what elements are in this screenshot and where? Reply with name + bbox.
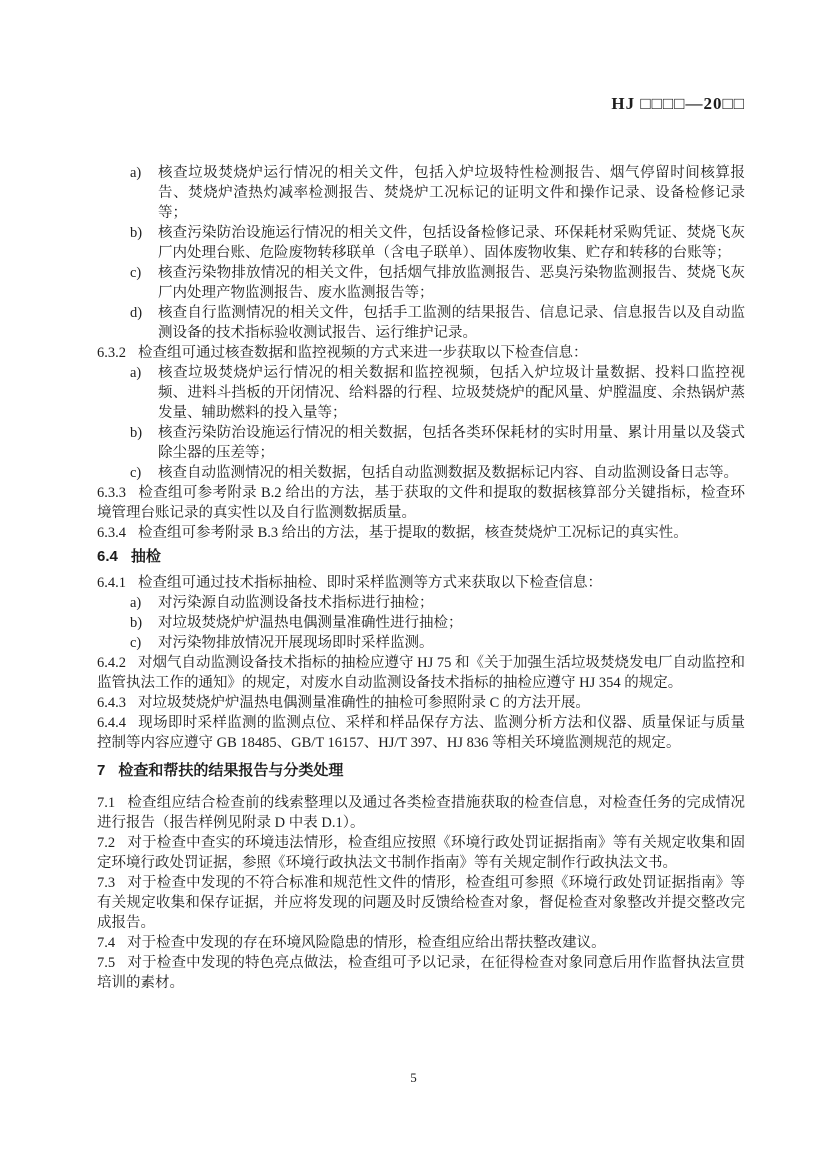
list-item: b)核查污染防治设施运行情况的相关文件，包括设备检修记录、环保耗材采购凭证、焚烧… (97, 223, 745, 263)
list-marker: a) (130, 163, 141, 183)
clause-number: 6.3.3 (97, 485, 126, 501)
clause-paragraph: 7.5对于检查中发现的特色亮点做法，检查组可予以记录，在征得检查对象同意后用作监… (97, 953, 745, 993)
section-heading: 7检查和帮扶的结果报告与分类处理 (97, 761, 745, 781)
section-heading: 6.4抽检 (97, 547, 745, 567)
clause-text: 对于检查中发现的存在环境风险隐患的情形，检查组应给出帮扶整改建议。 (127, 935, 606, 951)
clause-number: 7.2 (97, 835, 115, 851)
clause-text: 检查组可参考附录 B.2 给出的方法，基于获取的文件和提取的数据核算部分关键指标… (97, 485, 745, 521)
standard-number: HJ □□□□—20□□ (611, 94, 745, 113)
clause-text: 现场即时采样监测的监测点位、采样和样品保存方法、监测分析方法和仪器、质量保证与质… (97, 715, 745, 751)
list-item: a)核查垃圾焚烧炉运行情况的相关数据和监控视频，包括入炉垃圾计量数据、投料口监控… (97, 363, 745, 423)
list-text: 核查自行监测情况的相关文件，包括手工监测的结果报告、信息记录、信息报告以及自动监… (158, 305, 745, 341)
page-footer: 5 (0, 1070, 827, 1086)
clause-number: 6.4.1 (97, 575, 126, 591)
clause-number: 6.3.2 (97, 345, 126, 361)
clause-number: 6.4.3 (97, 695, 126, 711)
list-item: d)核查自行监测情况的相关文件，包括手工监测的结果报告、信息记录、信息报告以及自… (97, 303, 745, 343)
list-text: 核查自动监测情况的相关数据，包括自动监测数据及数据标记内容、自动监测设备日志等。 (158, 465, 738, 481)
list-marker: c) (130, 633, 141, 653)
clause-paragraph: 6.4.3对垃圾焚烧炉炉温热电偶测量准确性的抽检可参照附录 C 的方法开展。 (97, 693, 745, 713)
list-marker: c) (130, 263, 141, 283)
clause-number: 6.3.4 (97, 525, 126, 541)
clause-paragraph: 6.3.3检查组可参考附录 B.2 给出的方法，基于获取的文件和提取的数据核算部… (97, 483, 745, 523)
list-marker: b) (130, 613, 142, 633)
list-item: b)核查污染防治设施运行情况的相关数据，包括各类环保耗材的实时用量、累计用量以及… (97, 423, 745, 463)
clause-text: 检查组可参考附录 B.3 给出的方法，基于提取的数据，核查焚烧炉工况标记的真实性… (138, 525, 688, 541)
list-item: b)对垃圾焚烧炉炉温热电偶测量准确性进行抽检； (97, 613, 745, 633)
list-text: 对垃圾焚烧炉炉温热电偶测量准确性进行抽检； (158, 615, 463, 631)
list-item: a)对污染源自动监测设备技术指标进行抽检； (97, 593, 745, 613)
list-item: c)对污染物排放情况开展现场即时采样监测。 (97, 633, 745, 653)
list-text: 核查垃圾焚烧炉运行情况的相关数据和监控视频，包括入炉垃圾计量数据、投料口监控视频… (158, 365, 745, 421)
clause-paragraph: 7.4对于检查中发现的存在环境风险隐患的情形，检查组应给出帮扶整改建议。 (97, 933, 745, 953)
list-text: 核查污染防治设施运行情况的相关文件，包括设备检修记录、环保耗材采购凭证、焚烧飞灰… (158, 225, 745, 261)
list-marker: a) (130, 593, 141, 613)
list-item: c)核查污染物排放情况的相关文件，包括烟气排放监测报告、恶臭污染物监测报告、焚烧… (97, 263, 745, 303)
clause-number: 6.4.4 (97, 715, 126, 731)
clause-paragraph: 6.3.2检查组可通过核查数据和监控视频的方式来进一步获取以下检查信息： (97, 343, 745, 363)
document-page: HJ □□□□—20□□ a)核查垃圾焚烧炉运行情况的相关文件，包括入炉垃圾特性… (0, 0, 827, 1169)
clause-number: 7.4 (97, 935, 115, 951)
list-item: a)核查垃圾焚烧炉运行情况的相关文件，包括入炉垃圾特性检测报告、烟气停留时间核算… (97, 163, 745, 223)
list-marker: b) (130, 223, 142, 243)
list-text: 核查垃圾焚烧炉运行情况的相关文件，包括入炉垃圾特性检测报告、烟气停留时间核算报告… (158, 165, 745, 221)
list-marker: c) (130, 463, 141, 483)
clause-text: 检查组应结合检查前的线索整理以及通过各类检查措施获取的检查信息，对检查任务的完成… (97, 795, 745, 831)
list-text: 核查污染物排放情况的相关文件，包括烟气排放监测报告、恶臭污染物监测报告、焚烧飞灰… (158, 265, 745, 301)
list-text: 核查污染防治设施运行情况的相关数据，包括各类环保耗材的实时用量、累计用量以及袋式… (158, 425, 745, 461)
clause-paragraph: 6.4.4现场即时采样监测的监测点位、采样和样品保存方法、监测分析方法和仪器、质… (97, 713, 745, 753)
list-marker: b) (130, 423, 142, 443)
clause-text: 对垃圾焚烧炉炉温热电偶测量准确性的抽检可参照附录 C 的方法开展。 (138, 695, 590, 711)
page-number: 5 (410, 1070, 417, 1085)
heading-text: 抽检 (131, 548, 161, 565)
clause-paragraph: 7.2对于检查中查实的环境违法情形，检查组应按照《环境行政处罚证据指南》等有关规… (97, 833, 745, 873)
clause-number: 7.3 (97, 875, 115, 891)
clause-paragraph: 6.4.1检查组可通过技术指标抽检、即时采样监测等方式来获取以下检查信息： (97, 573, 745, 593)
clause-text: 对于检查中查实的环境违法情形，检查组应按照《环境行政处罚证据指南》等有关规定收集… (97, 835, 745, 871)
clause-paragraph: 7.3对于检查中发现的不符合标准和规范性文件的情形，检查组可参照《环境行政处罚证… (97, 873, 745, 933)
list-marker: d) (130, 303, 142, 323)
clause-text: 对烟气自动监测设备技术指标的抽检应遵守 HJ 75 和《关于加强生活垃圾焚烧发电… (97, 655, 745, 691)
page-header: HJ □□□□—20□□ (611, 94, 745, 114)
clause-text: 对于检查中发现的特色亮点做法，检查组可予以记录，在征得检查对象同意后用作监督执法… (97, 955, 745, 991)
heading-text: 检查和帮扶的结果报告与分类处理 (118, 762, 343, 779)
list-text: 对污染源自动监测设备技术指标进行抽检； (158, 595, 434, 611)
clause-number: 7.5 (97, 955, 115, 971)
list-marker: a) (130, 363, 141, 383)
document-body: a)核查垃圾焚烧炉运行情况的相关文件，包括入炉垃圾特性检测报告、烟气停留时间核算… (97, 163, 745, 993)
clause-paragraph: 6.3.4检查组可参考附录 B.3 给出的方法，基于提取的数据，核查焚烧炉工况标… (97, 523, 745, 543)
heading-number: 7 (97, 762, 105, 779)
clause-paragraph: 7.1检查组应结合检查前的线索整理以及通过各类检查措施获取的检查信息，对检查任务… (97, 793, 745, 833)
clause-number: 7.1 (97, 795, 115, 811)
clause-text: 对于检查中发现的不符合标准和规范性文件的情形，检查组可参照《环境行政处罚证据指南… (97, 875, 745, 931)
clause-text: 检查组可通过技术指标抽检、即时采样监测等方式来获取以下检查信息： (138, 575, 602, 591)
clause-number: 6.4.2 (97, 655, 126, 671)
clause-text: 检查组可通过核查数据和监控视频的方式来进一步获取以下检查信息： (138, 345, 588, 361)
list-item: c)核查自动监测情况的相关数据，包括自动监测数据及数据标记内容、自动监测设备日志… (97, 463, 745, 483)
list-text: 对污染物排放情况开展现场即时采样监测。 (158, 635, 434, 651)
clause-paragraph: 6.4.2对烟气自动监测设备技术指标的抽检应遵守 HJ 75 和《关于加强生活垃… (97, 653, 745, 693)
heading-number: 6.4 (97, 548, 118, 565)
